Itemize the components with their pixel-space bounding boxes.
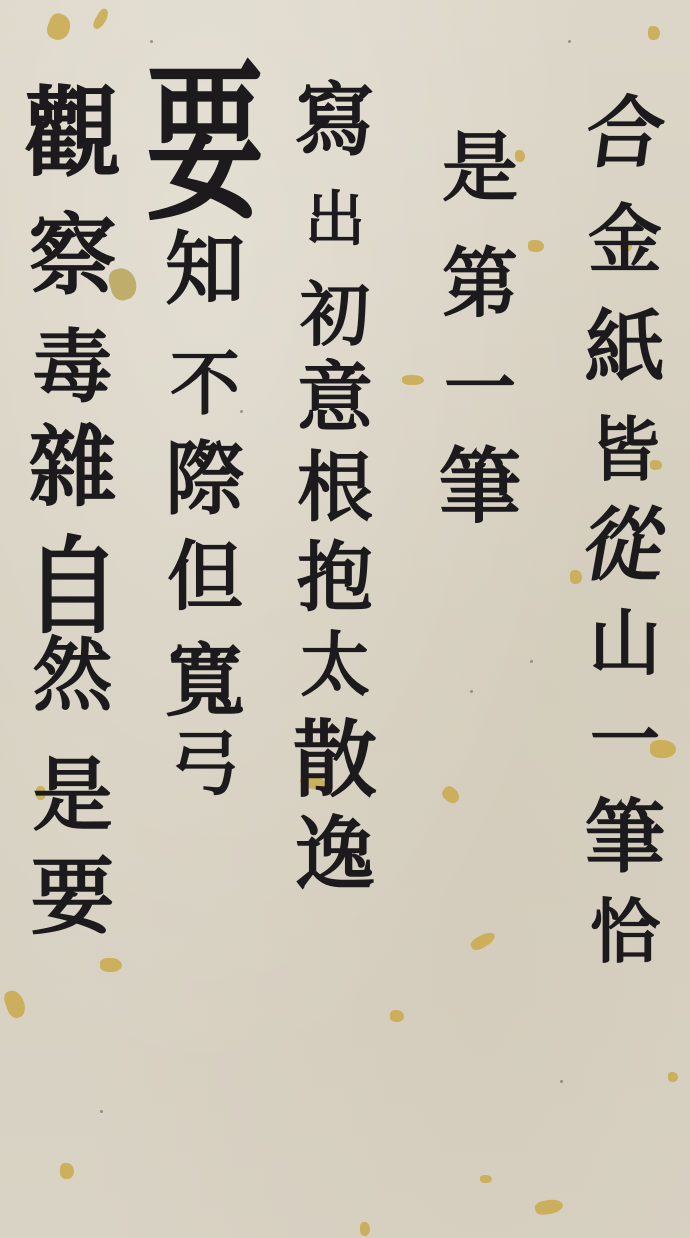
ink-speck [530,660,533,663]
gold-flake [2,988,28,1020]
gold-flake [528,240,544,252]
character: 意 [297,360,373,436]
character: 筆 [439,446,521,528]
gold-flake [60,1163,74,1179]
ink-speck [100,1110,103,1113]
character: 初 [300,280,370,350]
ink-speck [568,40,571,43]
character: 弓 [170,729,240,799]
gold-flake [390,1010,404,1022]
ink-speck [560,1080,563,1083]
gold-flake [534,1198,564,1217]
character: 察 [28,211,116,299]
gold-flake [100,958,122,972]
character: 第 [442,246,518,322]
gold-flake [44,11,74,43]
character: 是 [33,755,113,835]
character: 際 [165,439,245,519]
character: 毒 [33,327,113,407]
character: 寬 [165,641,245,721]
character: 紙 [585,307,665,387]
character: 是 [442,130,518,206]
character: 恰 [590,897,660,967]
character: 金 [588,203,662,277]
character: 散 [293,718,377,802]
character: 一 [590,705,660,775]
gold-flake [91,7,111,31]
character: 不 [170,349,240,419]
gold-flake [668,1072,678,1082]
character: 一 [444,352,516,424]
character: 自 [25,534,121,640]
calligraphy-column-1: 合 金 紙 皆 從 山 一 筆 恰 [570,95,680,967]
character: 要 [146,58,264,229]
character: 太 [300,630,370,700]
calligraphy-column-5: 觀 察 毒 雜 自 然 是 要 [15,85,130,939]
character: 寫 [295,80,375,160]
calligraphy-column-2: 是 第 一 筆 [430,130,530,528]
ink-speck [470,690,473,693]
gold-flake [480,1175,492,1183]
gold-flake [440,784,463,806]
character: 雜 [28,423,116,511]
gold-flake [360,1222,370,1236]
calligraphy-scroll: 合 金 紙 皆 從 山 一 筆 恰 是 第 一 筆 寫 出 初 意 根 抱 太 … [0,0,690,1238]
character: 從 [578,505,672,585]
character: 合 [581,95,670,173]
character: 但 [167,539,243,615]
character: 要 [30,855,114,939]
calligraphy-column-3: 寫 出 初 意 根 抱 太 散 逸 [280,80,390,894]
character: 根 [297,450,373,526]
character: 出 [305,190,365,250]
character: 筆 [585,797,665,877]
gold-flake [469,929,498,952]
character: 觀 [23,85,121,183]
character: 皆 [590,415,660,485]
character: 抱 [297,540,373,616]
character: 山 [589,607,661,679]
calligraphy-column-4: 要 知 不 際 但 寬 弓 [150,85,260,799]
character: 逸 [295,814,375,894]
gold-flake [402,375,424,385]
gold-flake [648,26,660,40]
